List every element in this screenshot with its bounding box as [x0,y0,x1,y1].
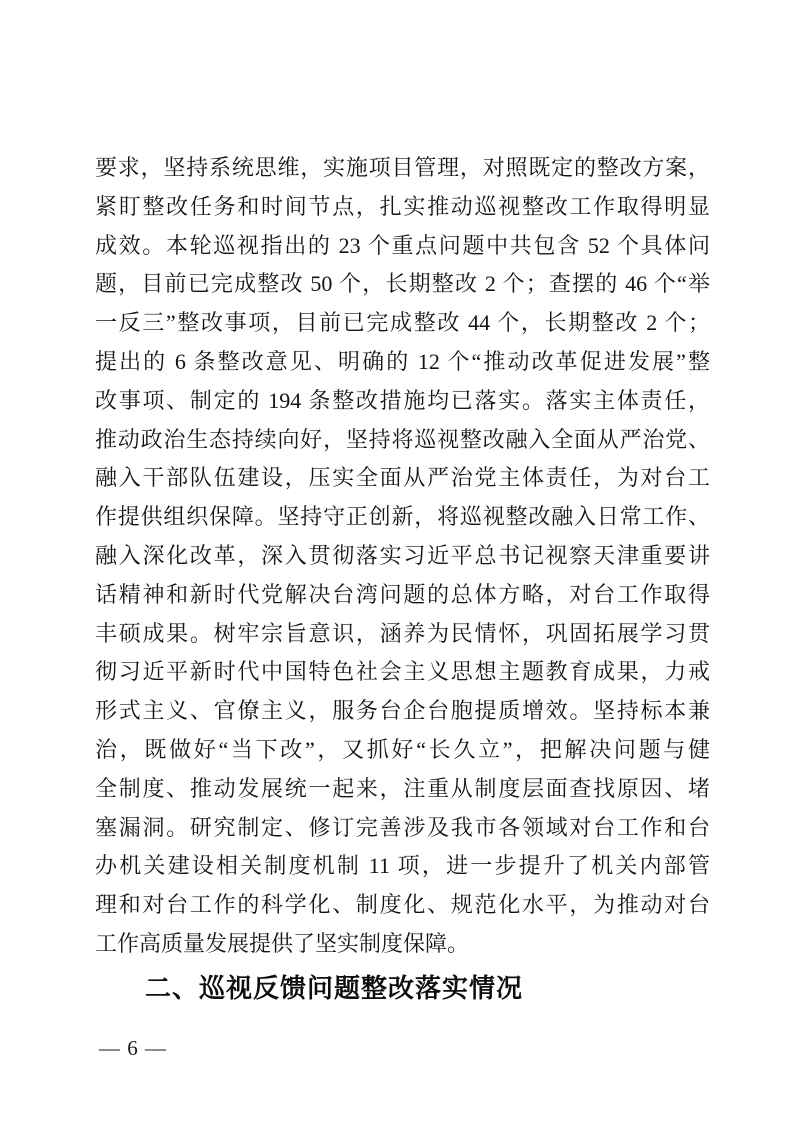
body-text-line: 彻习近平新时代中国特色社会主义思想主题教育成果，力戒 [95,653,710,692]
body-text-line: 融入干部队伍建设，压实全面从严治党主体责任，为对台工 [95,459,710,498]
body-text-line: 工作高质量发展提供了坚实制度保障。 [95,925,710,964]
body-text-line: 一反三”整改事项，目前已完成整改 44 个，长期整改 2 个； [95,304,710,343]
body-text-line: 治，既做好“当下改”，又抓好“长久立”，把解决问题与健 [95,731,710,770]
body-text-line: 塞漏洞。研究制定、修订完善涉及我市各领域对台工作和台 [95,809,710,848]
body-text-line: 全制度、推动发展统一起来，注重从制度层面查找原因、堵 [95,770,710,809]
body-text-line: 推动政治生态持续向好，坚持将巡视整改融入全面从严治党、 [95,421,710,460]
body-text-line: 理和对台工作的科学化、制度化、规范化水平，为推动对台 [95,886,710,925]
body-text-line: 成效。本轮巡视指出的 23 个重点问题中共包含 52 个具体问 [95,227,710,266]
body-paragraph: 要求，坚持系统思维，实施项目管理，对照既定的整改方案， 紧盯整改任务和时间节点，… [95,149,710,964]
body-text-line: 形式主义、官僚主义，服务台企台胞提质增效。坚持标本兼 [95,692,710,731]
body-text-line: 提出的 6 条整改意见、明确的 12 个“推动改革促进发展”整 [95,343,710,382]
body-text-line: 办机关建设相关制度机制 11 项，进一步提升了机关内部管 [95,847,710,886]
body-text-line: 紧盯整改任务和时间节点，扎实推动巡视整改工作取得明显 [95,188,710,227]
body-text-line: 话精神和新时代党解决台湾问题的总体方略，对台工作取得 [95,576,710,615]
body-text-line: 改事项、制定的 194 条整改措施均已落实。落实主体责任， [95,382,710,421]
body-text-line: 融入深化改革，深入贯彻落实习近平总书记视察天津重要讲 [95,537,710,576]
body-text-line: 作提供组织保障。坚持守正创新，将巡视整改融入日常工作、 [95,498,710,537]
page-number: — 6 — [99,1036,167,1060]
body-text-line: 题，目前已完成整改 50 个，长期整改 2 个；查摆的 46 个“举 [95,265,710,304]
document-page: 要求，坚持系统思维，实施项目管理，对照既定的整改方案， 紧盯整改任务和时间节点，… [0,0,800,1131]
body-text-line: 要求，坚持系统思维，实施项目管理，对照既定的整改方案， [95,149,710,188]
section-heading: 二、巡视反馈问题整改落实情况 [145,968,523,1008]
body-text-line: 丰硕成果。树牢宗旨意识，涵养为民情怀，巩固拓展学习贯 [95,615,710,654]
